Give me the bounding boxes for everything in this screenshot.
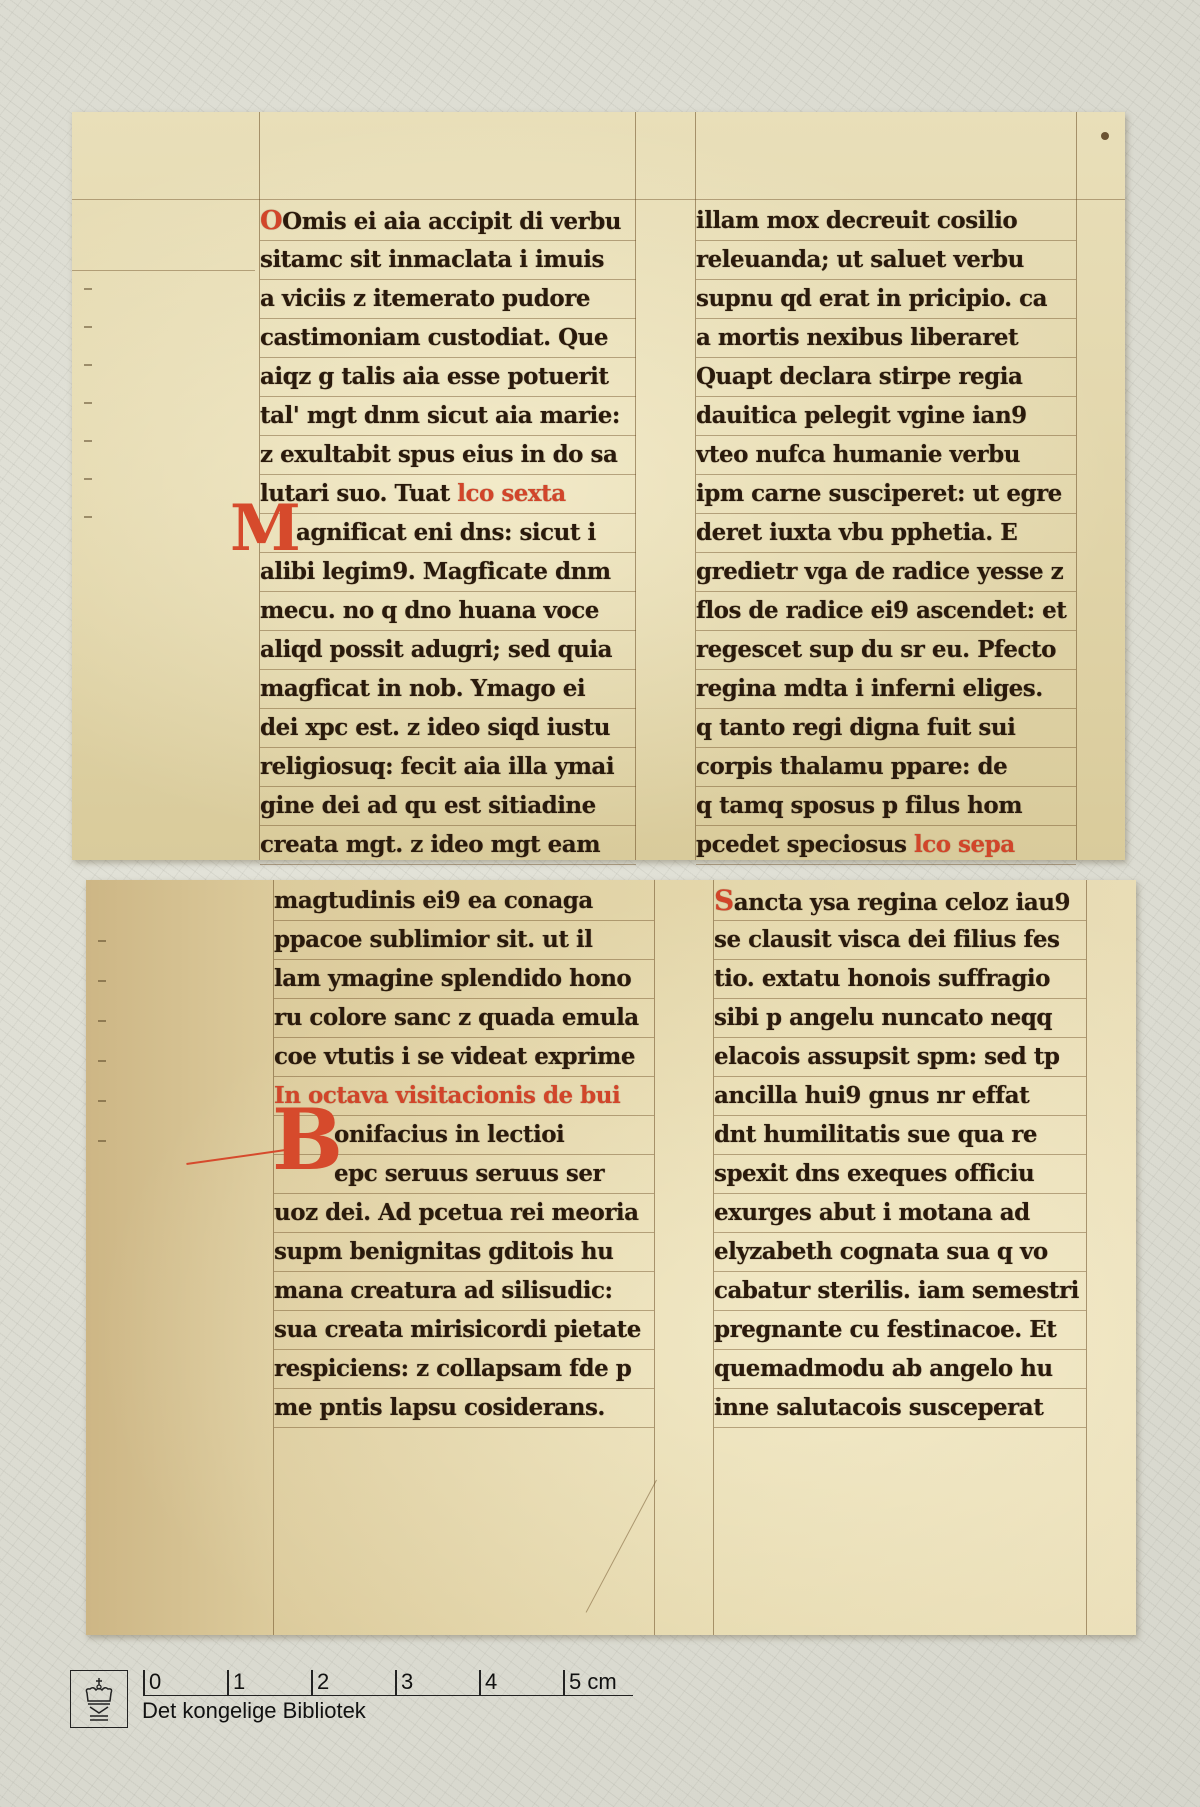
line-text: illam mox decreuit cosilio (696, 207, 1017, 234)
line-text: flos de radice ei9 ascendet: et (696, 597, 1066, 624)
line-text: vteo nufca humanie verbu (696, 441, 1020, 468)
text-line: respiciens: z collapsam fde p (274, 1350, 654, 1389)
text-line: religiosuq: fecit aia illa ymai (260, 748, 636, 787)
line-text: magtudinis ei9 ea conaga (274, 887, 593, 914)
line-text: pregnante cu festinacoe. Et (714, 1316, 1056, 1343)
line-text: quemadmodu ab angelo hu (714, 1355, 1053, 1382)
text-line: regina mdta i inferni eliges. (696, 670, 1076, 709)
line-text: aiqz g talis aia esse potuerit (260, 363, 608, 390)
text-line: castimoniam custodiat. Que (260, 319, 636, 358)
pricking-mark (84, 288, 92, 290)
ruling-line (1086, 880, 1087, 1635)
text-line: releuanda; ut saluet verbu (696, 241, 1076, 280)
crease-line (586, 1480, 657, 1613)
text-column-right: illam mox decreuit cosilio releuanda; ut… (696, 202, 1076, 865)
text-line: a viciis z itemerato pudore (260, 280, 636, 319)
line-text: spexit dns exeques officiu (714, 1160, 1034, 1187)
line-text: supnu qd erat in pricipio. ca (696, 285, 1047, 312)
line-text: q tamq sposus p filus hom (696, 792, 1022, 819)
line-text: z exultabit spus eius in do sa (260, 441, 617, 468)
line-text: lam ymagine splendido hono (274, 965, 631, 992)
text-line: quemadmodu ab angelo hu (714, 1350, 1086, 1389)
text-line: regescet sup du sr eu. Pfecto (696, 631, 1076, 670)
text-line: tio. extatu honois suffragio (714, 960, 1086, 999)
text-line: agnificat eni dns: sicut i (260, 514, 636, 553)
text-line: corpis thalamu ppare: de (696, 748, 1076, 787)
line-text: tio. extatu honois suffragio (714, 965, 1050, 992)
line-text: ppacoe sublimior sit. ut il (274, 926, 592, 953)
rubric-text: lco sexta (457, 480, 565, 507)
scale-label: 5 cm (569, 1670, 617, 1694)
line-text: ancilla hui9 gnus nr effat (714, 1082, 1029, 1109)
ink-spot (1101, 132, 1109, 140)
text-line: coe vtutis i se videat exprime (274, 1038, 654, 1077)
text-line: dei xpc est. z ideo siqd iustu (260, 709, 636, 748)
text-line: creata mgt. z ideo mgt eam (260, 826, 636, 865)
line-text: creata mgt. z ideo mgt eam (260, 831, 600, 858)
line-text: supm benignitas gditois hu (274, 1238, 613, 1265)
text-line: me pntis lapsu cosiderans. (274, 1389, 654, 1428)
line-text: elacois assupsit spm: sed tp (714, 1043, 1059, 1070)
line-text: q tanto regi digna fuit sui (696, 714, 1015, 741)
ruling-line (654, 880, 655, 1635)
line-text: inne salutacois susceperat (714, 1394, 1043, 1421)
line-text: Quapt declara stirpe regia (696, 363, 1022, 390)
line-text: alibi legim9. Magficate dnm (260, 558, 611, 585)
text-line: illam mox decreuit cosilio (696, 202, 1076, 241)
scale-label: 0 (149, 1670, 161, 1694)
text-line: tal' mgt dnm sicut aia marie: (260, 397, 636, 436)
manuscript-fragment-bottom: magtudinis ei9 ea conaga ppacoe sublimio… (86, 880, 1136, 1635)
line-text: epc seruus seruus ser (334, 1160, 604, 1187)
text-line: pcedet speciosus lco sepa (696, 826, 1076, 865)
text-line: lutari suo. Tuat lco sexta (260, 475, 636, 514)
line-text: magficat in nob. Ymago ei (260, 675, 585, 702)
line-text: Omis ei aia accipit di verbu (282, 208, 621, 235)
line-text: cabatur sterilis. iam semestri (714, 1277, 1079, 1304)
line-text: sibi p angelu nuncato neqq (714, 1004, 1052, 1031)
text-line: aliqd possit adugri; sed quia (260, 631, 636, 670)
scale-tick (563, 1670, 565, 1696)
line-text: agnificat eni dns: sicut i (296, 519, 596, 546)
line-text: ru colore sanc z quada emula (274, 1004, 639, 1031)
manuscript-fragment-top: OOmis ei aia accipit di verbu sitamc sit… (72, 112, 1125, 860)
text-line: OOmis ei aia accipit di verbu (260, 202, 636, 241)
pricking-mark (84, 402, 92, 404)
line-text: exurges abut i motana ad (714, 1199, 1030, 1226)
pricking-mark (98, 1100, 106, 1102)
line-text: aliqd possit adugri; sed quia (260, 636, 612, 663)
text-line: ppacoe sublimior sit. ut il (274, 921, 654, 960)
text-line: uoz dei. Ad pcetua rei meoria (274, 1194, 654, 1233)
line-text: uoz dei. Ad pcetua rei meoria (274, 1199, 639, 1226)
line-text: onifacius in lectioi (334, 1121, 564, 1148)
line-text: regescet sup du sr eu. Pfecto (696, 636, 1056, 663)
scale-label: 2 (317, 1670, 329, 1694)
text-line: dnt humilitatis sue qua re (714, 1116, 1086, 1155)
text-line: cabatur sterilis. iam semestri (714, 1272, 1086, 1311)
text-line: ru colore sanc z quada emula (274, 999, 654, 1038)
text-line: pregnante cu festinacoe. Et (714, 1311, 1086, 1350)
text-line: inne salutacois susceperat (714, 1389, 1086, 1428)
pricking-mark (84, 516, 92, 518)
text-line: elyzabeth cognata sua q vo (714, 1233, 1086, 1272)
line-text: ipm carne susciperet: ut egre (696, 480, 1062, 507)
scale-label: 3 (401, 1670, 413, 1694)
initial-s: S (714, 884, 734, 917)
text-line: deret iuxta vbu pphetia. E (696, 514, 1076, 553)
scale-label: 1 (233, 1670, 245, 1694)
line-text: elyzabeth cognata sua q vo (714, 1238, 1048, 1265)
scale-tick (227, 1670, 229, 1696)
text-line: magficat in nob. Ymago ei (260, 670, 636, 709)
scale-tick (143, 1670, 145, 1696)
line-text: releuanda; ut saluet verbu (696, 246, 1024, 273)
text-line: q tamq sposus p filus hom (696, 787, 1076, 826)
text-line: vteo nufca humanie verbu (696, 436, 1076, 475)
line-text: tal' mgt dnm sicut aia marie: (260, 402, 620, 429)
pricking-mark (84, 326, 92, 328)
text-line: flos de radice ei9 ascendet: et (696, 592, 1076, 631)
text-line: spexit dns exeques officiu (714, 1155, 1086, 1194)
text-line: Quapt declara stirpe regia (696, 358, 1076, 397)
line-text: religiosuq: fecit aia illa ymai (260, 753, 614, 780)
scale-tick (395, 1670, 397, 1696)
line-text: mecu. no q dno huana voce (260, 597, 599, 624)
text-column-right: Sancta ysa regina celoz iau9 se clausit … (714, 882, 1086, 1428)
initial-flourish (186, 1149, 285, 1165)
line-text: ancta ysa regina celoz iau9 (734, 889, 1070, 916)
pricking-mark (84, 440, 92, 442)
text-line: magtudinis ei9 ea conaga (274, 882, 654, 921)
text-line: mana creatura ad silisudic: (274, 1272, 654, 1311)
line-text: mana creatura ad silisudic: (274, 1277, 613, 1304)
pricking-mark (98, 1020, 106, 1022)
line-text: castimoniam custodiat. Que (260, 324, 608, 351)
text-line: sitamc sit inmaclata i imuis (260, 241, 636, 280)
text-line: sua creata mirisicordi pietate (274, 1311, 654, 1350)
pricking-mark (84, 478, 92, 480)
text-line: ancilla hui9 gnus nr effat (714, 1077, 1086, 1116)
cm-scale-bar: 0 1 2 3 4 5 cm (143, 1670, 633, 1696)
line-text: pcedet speciosus (696, 831, 906, 858)
line-text: respiciens: z collapsam fde p (274, 1355, 631, 1382)
scale-line (143, 1695, 633, 1697)
text-column-left: OOmis ei aia accipit di verbu sitamc sit… (260, 202, 636, 865)
text-line: lam ymagine splendido hono (274, 960, 654, 999)
initial-m: M (230, 497, 301, 561)
line-text: dei xpc est. z ideo siqd iustu (260, 714, 610, 741)
line-text: sua creata mirisicordi pietate (274, 1316, 641, 1343)
text-line: supm benignitas gditois hu (274, 1233, 654, 1272)
ruling-line (1076, 112, 1077, 860)
pricking-mark (98, 1140, 106, 1142)
crown-icon (71, 1671, 127, 1727)
line-text: a mortis nexibus liberaret (696, 324, 1018, 351)
pricking-mark (84, 364, 92, 366)
library-footer: 0 1 2 3 4 5 cm Det kongelige Bibliotek (70, 1670, 670, 1740)
library-name: Det kongelige Bibliotek (142, 1698, 366, 1724)
text-line: z exultabit spus eius in do sa (260, 436, 636, 475)
crown-k-icon (70, 1670, 128, 1728)
line-text: a viciis z itemerato pudore (260, 285, 590, 312)
line-text: regina mdta i inferni eliges. (696, 675, 1043, 702)
text-line: gine dei ad qu est sitiadine (260, 787, 636, 826)
pricking-mark (98, 980, 106, 982)
text-line: elacois assupsit spm: sed tp (714, 1038, 1086, 1077)
line-text: deret iuxta vbu pphetia. E (696, 519, 1017, 546)
scale-label: 4 (485, 1670, 497, 1694)
scale-tick (311, 1670, 313, 1696)
text-line: alibi legim9. Magficate dnm (260, 553, 636, 592)
text-line: q tanto regi digna fuit sui (696, 709, 1076, 748)
text-line: supnu qd erat in pricipio. ca (696, 280, 1076, 319)
rubric-text: lco sepa (914, 831, 1015, 858)
text-line: Sancta ysa regina celoz iau9 (714, 882, 1086, 921)
line-text: sitamc sit inmaclata i imuis (260, 246, 604, 273)
pricking-mark (98, 1060, 106, 1062)
line-text: me pntis lapsu cosiderans. (274, 1394, 605, 1421)
scale-tick (479, 1670, 481, 1696)
text-line: gredietr vga de radice yesse z (696, 553, 1076, 592)
line-text: dnt humilitatis sue qua re (714, 1121, 1037, 1148)
initial-b: B (272, 1098, 343, 1182)
line-text: gredietr vga de radice yesse z (696, 558, 1063, 585)
line-text: gine dei ad qu est sitiadine (260, 792, 596, 819)
text-line: ipm carne susciperet: ut egre (696, 475, 1076, 514)
text-line: aiqz g talis aia esse potuerit (260, 358, 636, 397)
line-text: dauitica pelegit vgine ian9 (696, 402, 1027, 429)
text-line: sibi p angelu nuncato neqq (714, 999, 1086, 1038)
line-text: coe vtutis i se videat exprime (274, 1043, 635, 1070)
text-line: exurges abut i motana ad (714, 1194, 1086, 1233)
ruling-line (72, 199, 1125, 200)
line-text: se clausit visca dei filius fes (714, 926, 1059, 953)
ruling-line (72, 270, 255, 271)
text-line: dauitica pelegit vgine ian9 (696, 397, 1076, 436)
pricking-mark (98, 940, 106, 942)
text-line: mecu. no q dno huana voce (260, 592, 636, 631)
text-line: se clausit visca dei filius fes (714, 921, 1086, 960)
text-line: a mortis nexibus liberaret (696, 319, 1076, 358)
line-text: corpis thalamu ppare: de (696, 753, 1007, 780)
